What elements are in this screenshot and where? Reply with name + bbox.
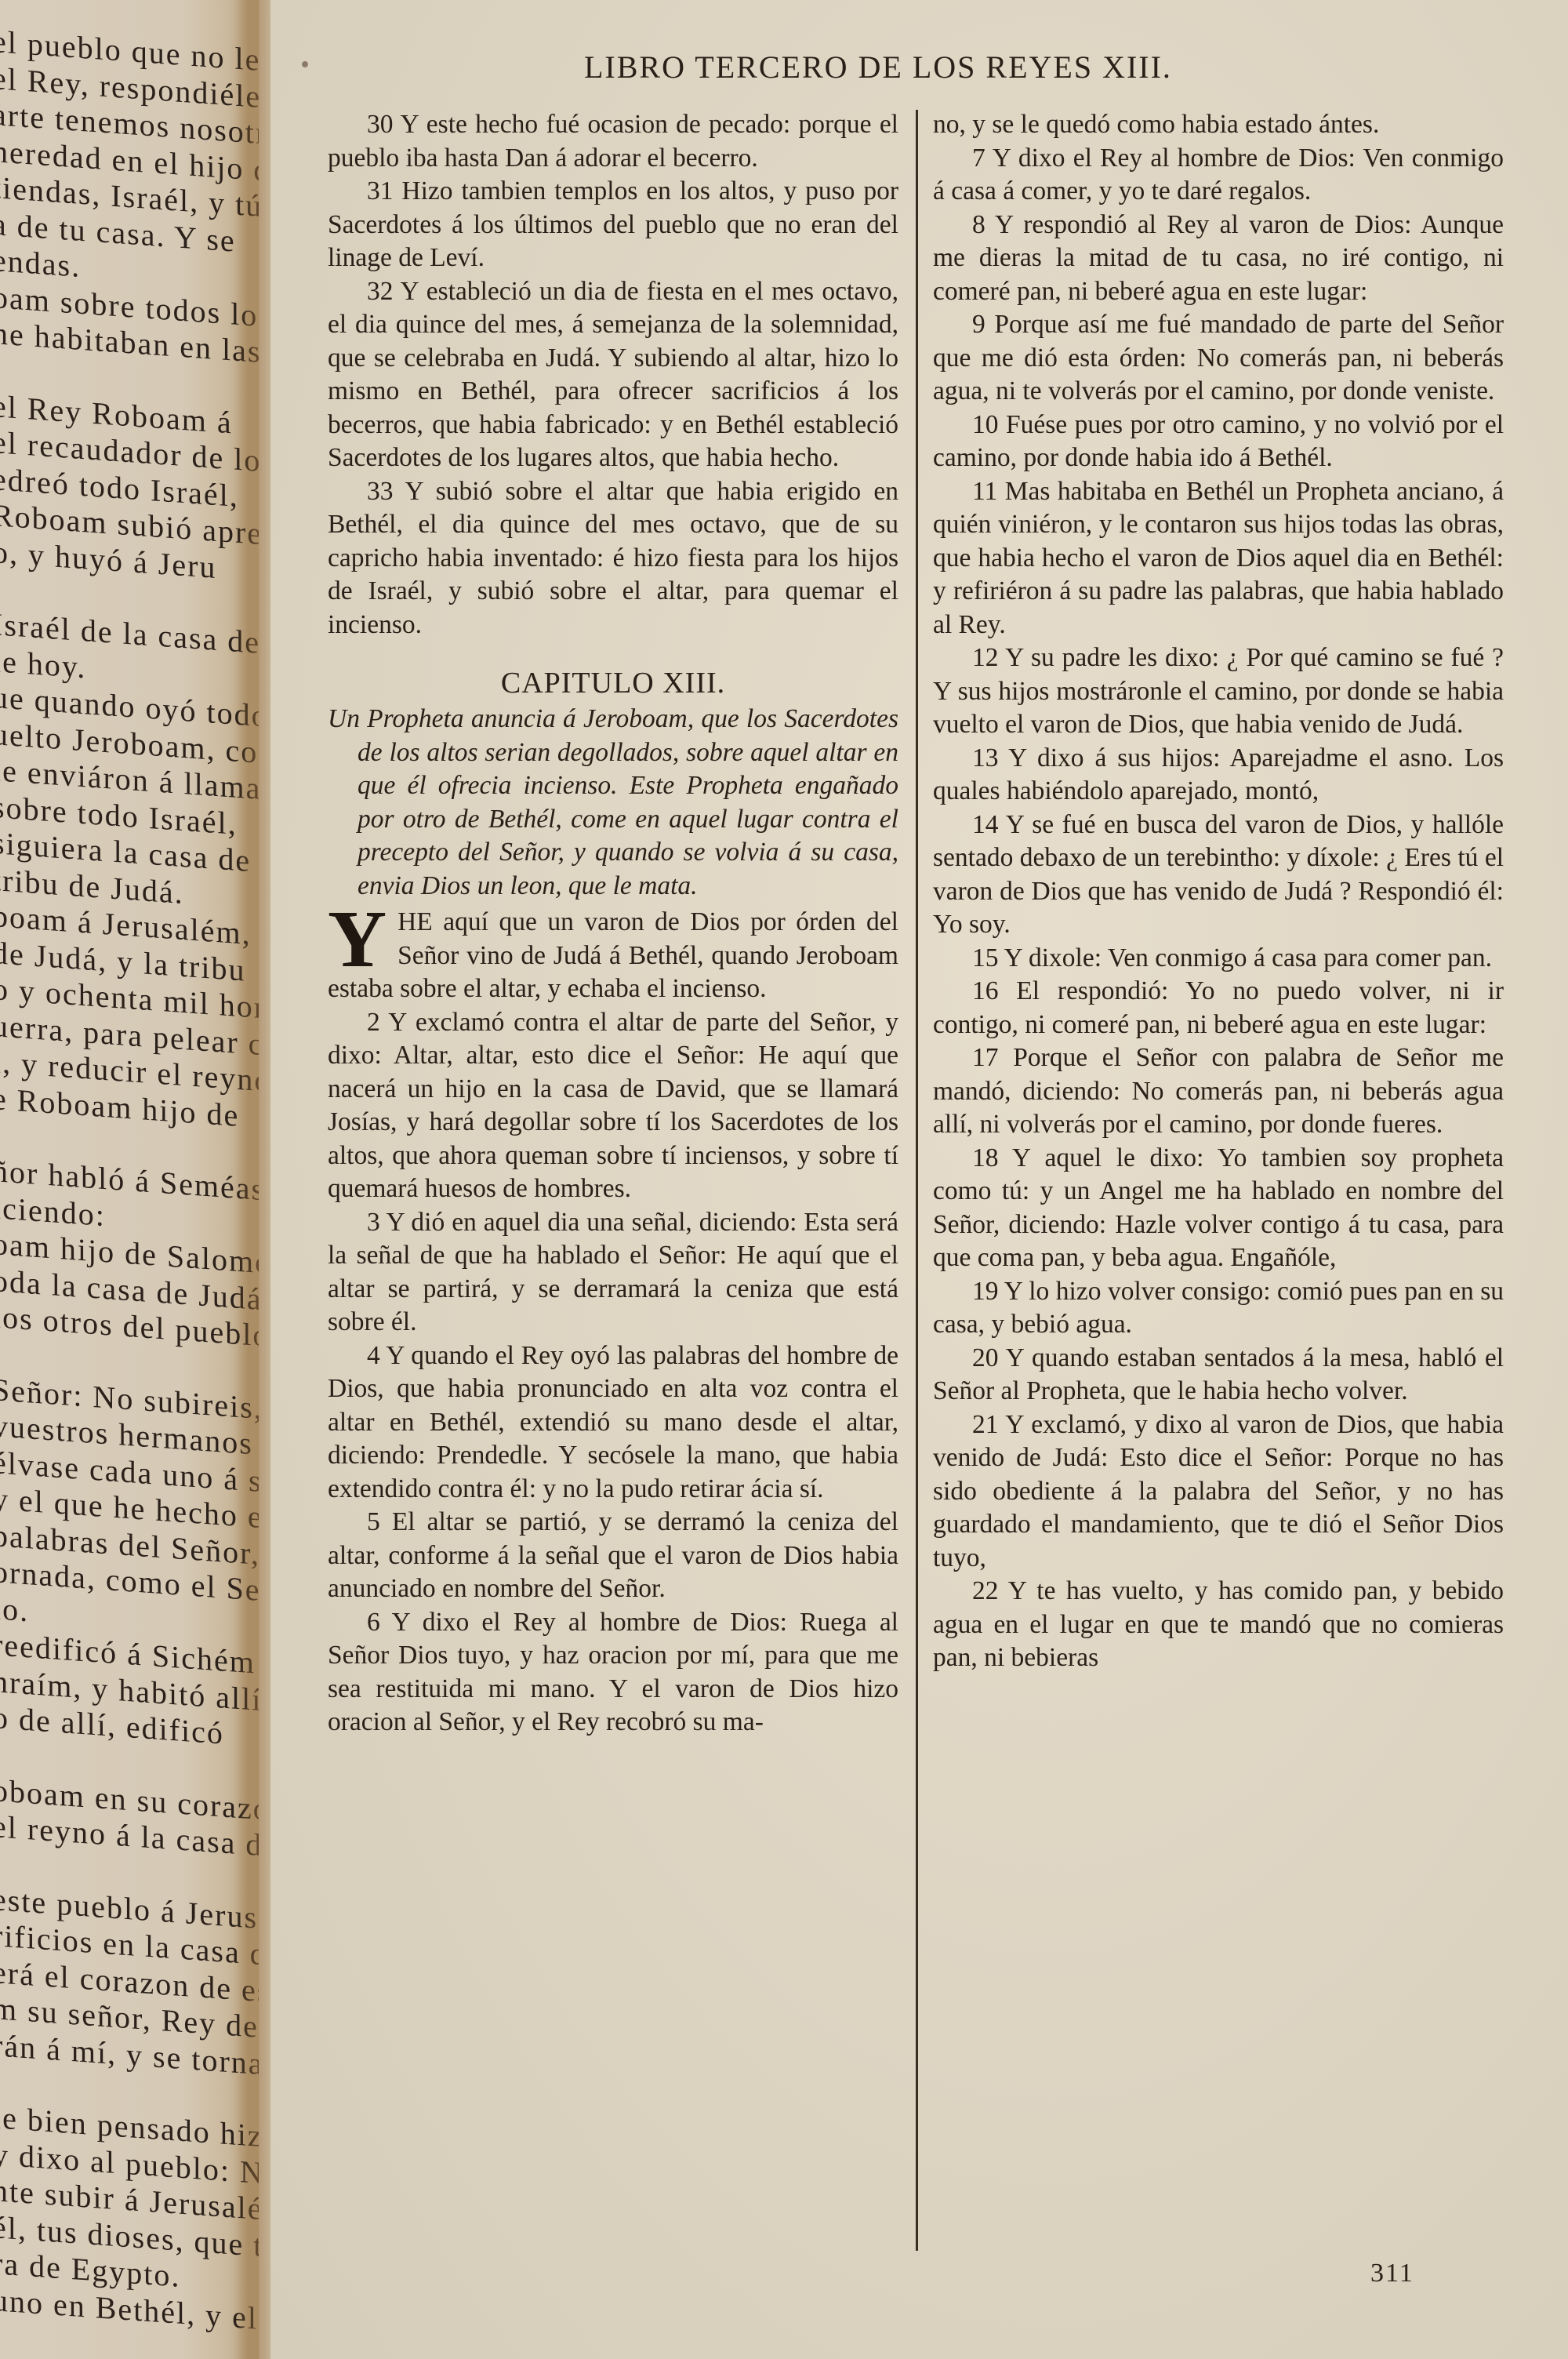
right-column: no, y se le quedó como habia estado ánte… [933, 108, 1504, 1675]
left-column: 30 Y este hecho fué ocasion de pecado: p… [328, 108, 898, 1739]
verse-19: 19 Y lo hizo volver consigo: comió pues … [933, 1275, 1504, 1342]
verse-21: 21 Y exclamó, y dixo al varon de Dios, q… [933, 1408, 1504, 1576]
verse-1-text: HE aquí que un varon de Dios por órden d… [328, 907, 898, 1003]
verse-4: 4 Y quando el Rey oyó las palabras del h… [328, 1339, 898, 1507]
verse-18: 18 Y aquel le dixo: Yo tambien soy proph… [933, 1142, 1504, 1275]
verse-6: 6 Y dixo el Rey al hombre de Dios: Ruega… [328, 1606, 898, 1739]
chapter-heading: CAPITULO XIII. [328, 665, 898, 701]
facing-page-text: el pueblo que no leel Rey, respondiélear… [0, 24, 251, 2318]
verse-15: 15 Y dixole: Ven conmigo á casa para com… [933, 942, 1504, 976]
chapter-summary: Un Propheta anuncia á Jeroboam, que los … [328, 703, 898, 903]
verse-8: 8 Y respondió al Rey al varon de Dios: A… [933, 209, 1504, 309]
verse-17: 17 Porque el Señor con palabra de Señor … [933, 1041, 1504, 1142]
verse-12: 12 Y su padre les dixo: ¿ Por qué camino… [933, 642, 1504, 742]
verse-16: 16 El respondió: Yo no puedo volver, ni … [933, 975, 1504, 1041]
verse-9: 9 Porque así me fué mandado de parte del… [933, 308, 1504, 409]
drop-cap: Y [328, 909, 387, 970]
verse-11: 11 Mas habitaba en Bethél un Propheta an… [933, 475, 1504, 642]
verse-22: 22 Y te has vuelto, y has comido pan, y … [933, 1575, 1504, 1675]
running-title: LIBRO TERCERO DE LOS REYES XIII. [584, 49, 1172, 85]
page-number: 311 [1370, 2259, 1414, 2288]
verse-31: 31 Hizo tambien templos en los altos, y … [328, 175, 898, 275]
verse-6-continuation: no, y se le quedó como habia estado ánte… [933, 108, 1504, 142]
verse-30: 30 Y este hecho fué ocasion de pecado: p… [328, 108, 898, 175]
verse-33: 33 Y subió sobre el altar que habia erig… [328, 475, 898, 642]
ink-speck [302, 61, 308, 67]
verse-1: Y HE aquí que un varon de Dios por órden… [328, 906, 898, 1006]
verse-32: 32 Y estableció un dia de fiesta en el m… [328, 275, 898, 475]
verse-20: 20 Y quando estaban sentados á la mesa, … [933, 1342, 1504, 1408]
verse-3: 3 Y dió en aquel dia una señal, diciendo… [328, 1206, 898, 1339]
facing-page: el pueblo que no leel Rey, respondiélear… [0, 0, 259, 2359]
verse-2: 2 Y exclamó contra el altar de parte del… [328, 1006, 898, 1206]
column-divider-rule [916, 110, 918, 2251]
verse-14: 14 Y se fué en busca del varon de Dios, … [933, 809, 1504, 942]
verse-13: 13 Y dixo á sus hijos: Aparejadme el asn… [933, 742, 1504, 809]
verse-7: 7 Y dixo el Rey al hombre de Dios: Ven c… [933, 142, 1504, 209]
verse-5: 5 El altar se partió, y se derramó la ce… [328, 1506, 898, 1606]
verse-10: 10 Fuése pues por otro camino, y no volv… [933, 409, 1504, 475]
